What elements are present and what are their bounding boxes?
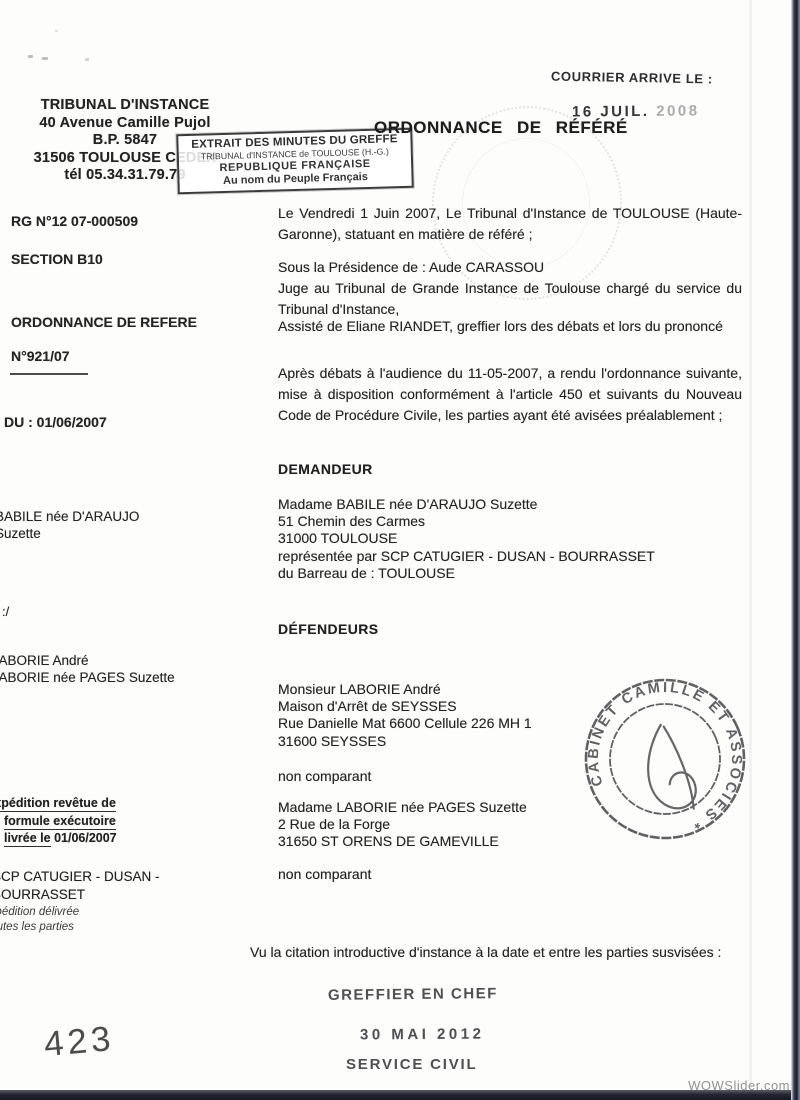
defendeur1-street: Rue Danielle Mat 6600 Cellule 226 MH 1: [278, 715, 532, 732]
scan-speckle: [28, 55, 33, 58]
expedition-executoire-note: Expédition revêtue de formule exécutoire…: [4, 795, 134, 848]
presidence-line: Sous la Présidence de : Aude CARASSOU: [278, 257, 742, 278]
margin-demandeur-firstname: Suzette: [0, 525, 139, 542]
presidence-judge: Juge au Tribunal de Grande Instance de T…: [278, 278, 742, 320]
document-title: ORDONNANCE DE RÉFÉRÉ: [374, 118, 628, 138]
rg-number: RG N°12 07-000509: [11, 213, 138, 229]
screenshot-right-border: [791, 0, 800, 1100]
margin-versus-mark: :/: [2, 603, 9, 620]
defendeur1-city: 31600 SEYSSES: [278, 733, 532, 750]
non-comparant-1: non comparant: [278, 768, 371, 784]
court-street: 40 Avenue Camille Pujol: [16, 115, 234, 133]
margin-defendeur2-name: LABORIE née PAGES Suzette: [0, 669, 175, 686]
scp-name-line1: SCP CATUGIER - DUSAN -: [0, 868, 160, 886]
defendeur2-name: Madame LABORIE née PAGES Suzette: [278, 799, 527, 816]
screenshot-bottom-border: [0, 1090, 800, 1100]
demandeur-barreau: du Barreau de : TOULOUSE: [278, 565, 655, 582]
expedition-delivree-note: Expédition délivrée toutes les parties: [0, 905, 97, 935]
wowslider-watermark: WOWSlider.com: [688, 1078, 790, 1093]
expedition-note-line1: Expédition revêtue de: [0, 796, 116, 812]
paragraph-greffier: Assisté de Eliane RIANDET, greffier lors…: [278, 316, 742, 337]
defendeurs-heading: DÉFENDEURS: [278, 621, 378, 637]
date-stamp: 30 MAI 2012: [360, 1026, 485, 1044]
margin-defendeurs-names: LABORIE André LABORIE née PAGES Suzette: [0, 652, 184, 686]
greffier-en-chef-stamp: GREFFIER EN CHEF: [328, 985, 498, 1004]
expedition-delivree-line1: Expédition délivrée: [0, 905, 79, 920]
paragraph-court-session: Le Vendredi 1 Juin 2007, Le Tribunal d'I…: [278, 203, 742, 245]
ordonnance-date: DU : 01/06/2007: [4, 414, 107, 430]
defendeur2-city: 31650 ST ORENS DE GAMEVILLE: [278, 833, 527, 850]
margin-demandeur-name: BABILE née D'ARAUJO Suzette: [0, 508, 144, 542]
service-civil-stamp: SERVICE CIVIL: [346, 1056, 477, 1073]
cabinet-stamp-signature: [629, 722, 703, 821]
expedition-delivree-line2: toutes les parties: [0, 920, 84, 935]
document-page: TRIBUNAL D'INSTANCE 40 Avenue Camille Pu…: [0, 0, 800, 1100]
expedition-note-line3-label: livrée le: [4, 831, 51, 847]
svg-text:CABINET CAMILLE ET ASSOCIÉS *: CABINET CAMILLE ET ASSOCIÉS *: [560, 654, 769, 863]
scan-fold-line: [749, 0, 752, 1088]
demandeur-address-block: Madame BABILE née D'ARAUJO Suzette 51 Ch…: [278, 496, 655, 582]
demandeur-heading: DEMANDEUR: [278, 461, 373, 477]
cabinet-round-stamp: CABINET CAMILLE ET ASSOCIÉS *: [553, 647, 777, 871]
cabinet-stamp-ring-text: CABINET CAMILLE ET ASSOCIÉS *: [560, 654, 769, 863]
non-comparant-2: non comparant: [278, 866, 371, 882]
ordonnance-number: N°921/07: [11, 348, 70, 364]
ordonnance-number-underline: [10, 373, 88, 375]
defendeur2-street: 2 Rue de la Forge: [278, 816, 527, 833]
arrive-date-year: 2008: [656, 102, 700, 119]
defendeur1-address-block: Monsieur LABORIE André Maison d'Arrêt de…: [278, 681, 532, 750]
courrier-arrive-stamp-label: COURRIER ARRIVE LE :: [551, 69, 713, 87]
demandeur-street: 51 Chemin des Carmes: [278, 513, 655, 530]
margin-ordonnance-label: ORDONNANCE DE REFERE: [11, 314, 197, 330]
expedition-note-line2: formule exécutoire: [4, 814, 116, 830]
handwritten-page-number: 423: [42, 1019, 116, 1065]
paragraph-debats: Après débats à l'audience du 11-05-2007,…: [278, 363, 742, 425]
scan-speckle: [85, 58, 89, 61]
scan-speckle: [55, 30, 58, 32]
margin-defendeur1-name: LABORIE André: [0, 652, 175, 669]
demandeur-representation: représentée par SCP CATUGIER - DUSAN - B…: [278, 548, 655, 565]
court-name: TRIBUNAL D'INSTANCE: [16, 97, 234, 115]
defendeur1-name: Monsieur LABORIE André: [278, 681, 532, 698]
margin-demandeur-lastname: BABILE née D'ARAUJO: [0, 508, 139, 525]
margin-scp-name: SCP CATUGIER - DUSAN - BOURRASSET: [0, 868, 168, 904]
expedition-note-line3-date: 01/06/2007: [54, 831, 117, 845]
paragraph-citation: Vu la citation introductive d'instance à…: [250, 944, 750, 962]
demandeur-city: 31000 TOULOUSE: [278, 530, 655, 547]
scp-name-line2: BOURRASSET: [0, 886, 160, 904]
defendeur2-address-block: Madame LABORIE née PAGES Suzette 2 Rue d…: [278, 799, 527, 851]
scan-speckle: [42, 57, 48, 60]
defendeur1-place: Maison d'Arrêt de SEYSSES: [278, 698, 532, 715]
section-label: SECTION B10: [11, 251, 103, 267]
demandeur-name: Madame BABILE née D'ARAUJO Suzette: [278, 496, 655, 513]
paragraph-presidence: Sous la Présidence de : Aude CARASSOU Ju…: [278, 257, 742, 319]
